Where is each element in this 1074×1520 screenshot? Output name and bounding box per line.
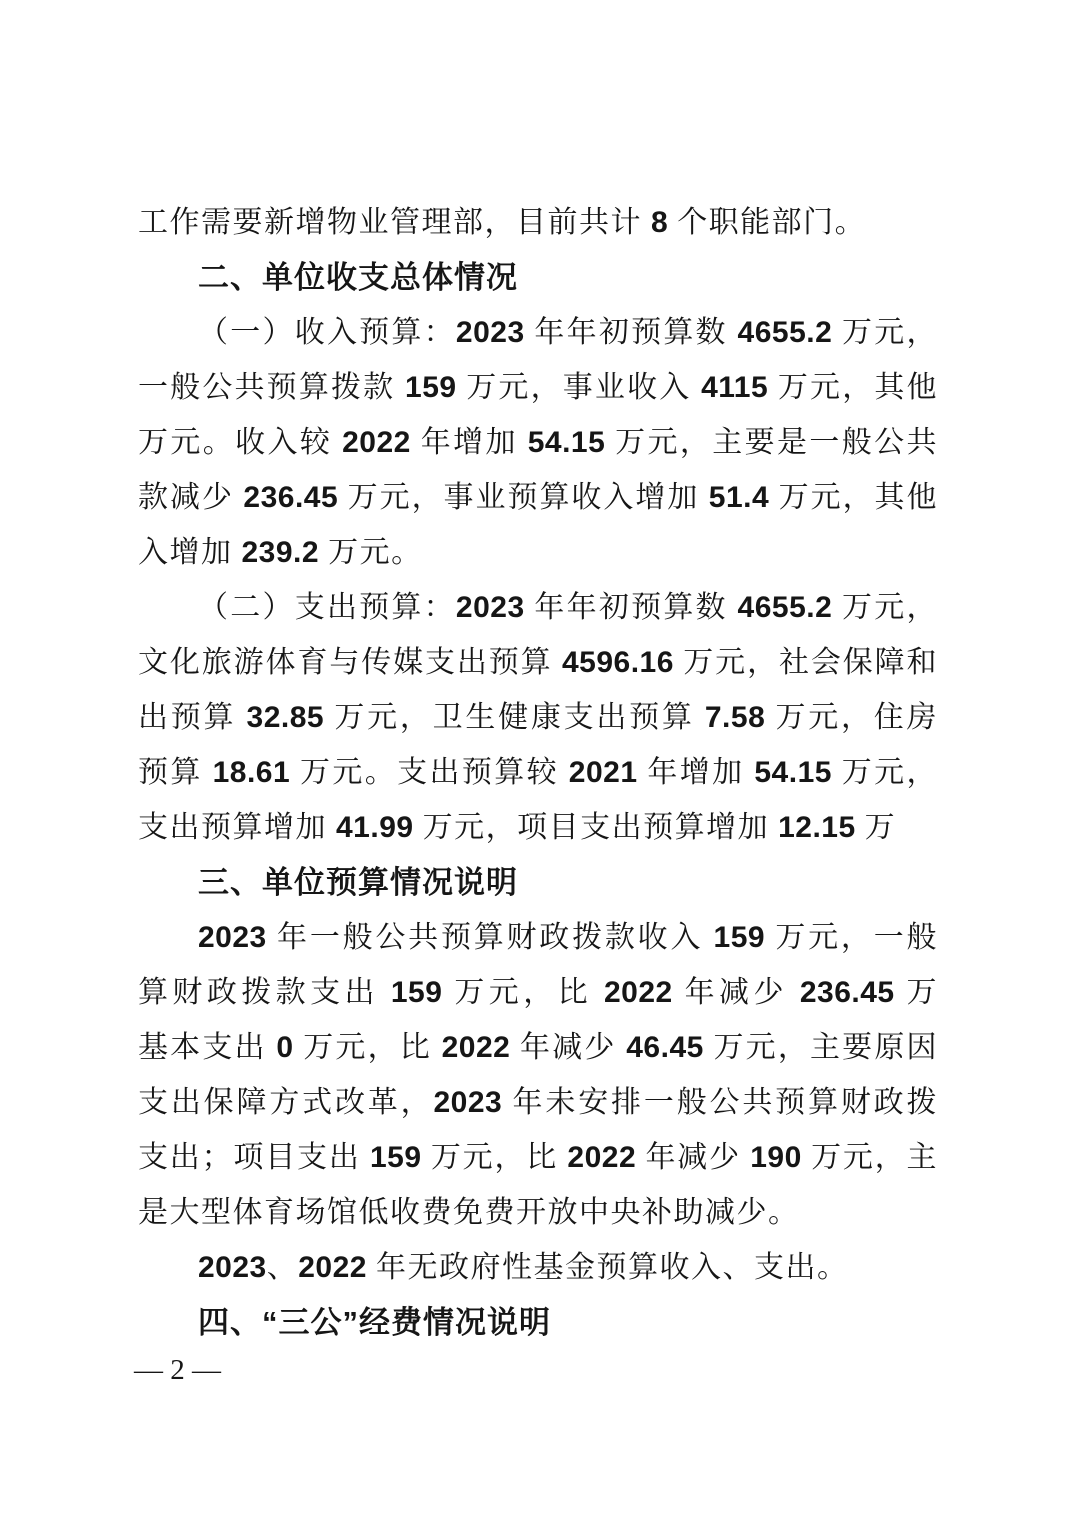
numeric-text: 54.15: [528, 426, 606, 459]
numeric-text: 159: [391, 976, 443, 1009]
numeric-text: 2023: [433, 1086, 502, 1119]
document-page: 工作需要新增物业管理部，目前共计 8 个职能部门。二、单位收支总体情况（一）收入…: [0, 0, 1074, 1520]
numeric-text: 7.58: [705, 701, 765, 734]
numeric-text: 2022: [342, 426, 411, 459]
text-line: 款减少 236.45 万元，事业预算收入增加 51.4 万元，其他预算收: [138, 470, 938, 525]
text-line: 2023 年一般公共预算财政拨款收入 159 万元，一般公共预: [138, 910, 938, 965]
numeric-text: 2022: [604, 976, 673, 1009]
numeric-text: 12.15: [778, 811, 856, 844]
numeric-text: 32.85: [247, 701, 325, 734]
numeric-text: 236.45: [800, 976, 895, 1009]
numeric-text: 41.99: [336, 811, 414, 844]
text-line: （二）支出预算：2023 年年初预算数 4655.2 万元，其中：: [138, 580, 938, 635]
numeric-text: 236.45: [243, 481, 338, 514]
numeric-text: 2023: [456, 316, 525, 349]
section-heading: 二、单位收支总体情况: [138, 250, 938, 305]
numeric-text: 2021: [569, 756, 638, 789]
numeric-text: 4655.2: [738, 591, 833, 624]
numeric-text: 159: [405, 371, 457, 404]
numeric-text: 2022: [442, 1031, 511, 1064]
numeric-text: 18.61: [213, 756, 291, 789]
text-line: 出预算 32.85 万元，卫生健康支出预算 7.58 万元，住房保障支出: [138, 690, 938, 745]
text-line: 支出；项目支出 159 万元，比 2022 年减少 190 万元，主要原因: [138, 1130, 938, 1185]
text-line: 文化旅游体育与传媒支出预算 4596.16 万元，社会保障和就业支: [138, 635, 938, 690]
numeric-text: 4115: [701, 371, 768, 404]
text-line: 算财政拨款支出 159 万元，比 2022 年减少 236.45 万元。其中：: [138, 965, 938, 1020]
text-line: 支出预算增加 41.99 万元，项目支出预算增加 12.15 万元。: [138, 800, 938, 855]
numeric-text: 239.2: [242, 536, 320, 569]
numeric-text: 8: [651, 206, 668, 239]
numeric-text: 2023: [198, 921, 267, 954]
document-body: 工作需要新增物业管理部，目前共计 8 个职能部门。二、单位收支总体情况（一）收入…: [138, 195, 938, 1350]
text-line: 预算 18.61 万元。支出预算较 2021 年增加 54.15 万元，主要基本: [138, 745, 938, 800]
text-line: （一）收入预算：2023 年年初预算数 4655.2 万元，其中：: [138, 305, 938, 360]
page-number: — 2 —: [134, 1345, 221, 1395]
text-line: 入增加 239.2 万元。: [138, 525, 938, 580]
text-line: 工作需要新增物业管理部，目前共计 8 个职能部门。: [138, 195, 938, 250]
numeric-text: 46.45: [626, 1031, 704, 1064]
section-heading: 四、“三公”经费情况说明: [138, 1295, 938, 1350]
numeric-text: 159: [714, 921, 766, 954]
text-line: 万元。收入较 2022 年增加 54.15 万元，主要是一般公共预算拨: [138, 415, 938, 470]
numeric-text: 159: [370, 1141, 422, 1174]
text-line: 一般公共预算拨款 159 万元，事业收入 4115 万元，其他收入 381.2: [138, 360, 938, 415]
numeric-text: 4596.16: [562, 646, 674, 679]
numeric-text: 2022: [298, 1251, 367, 1284]
numeric-text: 54.15: [754, 756, 832, 789]
text-line: 支出保障方式改革，2023 年未安排一般公共预算财政拨款基本: [138, 1075, 938, 1130]
numeric-text: 190: [750, 1141, 802, 1174]
text-line: 2023、2022 年无政府性基金预算收入、支出。: [138, 1240, 938, 1295]
text-line: 基本支出 0 万元，比 2022 年减少 46.45 万元，主要原因是基本: [138, 1020, 938, 1075]
numeric-text: 0: [276, 1031, 293, 1064]
text-line: 是大型体育场馆低收费免费开放中央补助减少。: [138, 1185, 938, 1240]
numeric-text: 2023: [198, 1251, 267, 1284]
numeric-text: 51.4: [709, 481, 769, 514]
numeric-text: 4655.2: [738, 316, 833, 349]
numeric-text: 2023: [456, 591, 525, 624]
section-heading: 三、单位预算情况说明: [138, 855, 938, 910]
numeric-text: 2022: [567, 1141, 636, 1174]
